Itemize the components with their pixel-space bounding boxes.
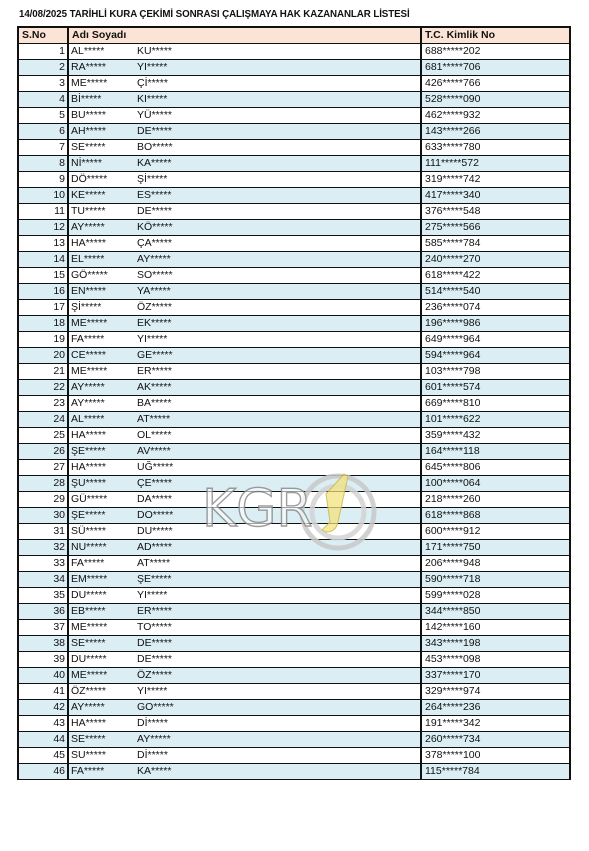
row-tc-number: 319*****742 bbox=[421, 172, 570, 188]
row-name: DU*****DE***** bbox=[68, 652, 421, 668]
table-row: 16EN*****YA*****514*****540 bbox=[18, 284, 570, 300]
row-number: 7 bbox=[18, 140, 68, 156]
row-number: 20 bbox=[18, 348, 68, 364]
row-name: EM*****ŞE***** bbox=[68, 572, 421, 588]
last-name: YA***** bbox=[137, 285, 171, 297]
row-tc-number: 240*****270 bbox=[421, 252, 570, 268]
row-name: RA*****YI***** bbox=[68, 60, 421, 76]
last-name: GO***** bbox=[137, 701, 174, 713]
table-row: 26ŞE*****AV*****164*****118 bbox=[18, 444, 570, 460]
row-tc-number: 103*****798 bbox=[421, 364, 570, 380]
row-tc-number: 528*****090 bbox=[421, 92, 570, 108]
first-name: BU***** bbox=[71, 108, 137, 123]
last-name: ŞE***** bbox=[137, 573, 171, 585]
row-tc-number: 585*****784 bbox=[421, 236, 570, 252]
row-name: BU*****YÜ***** bbox=[68, 108, 421, 124]
row-tc-number: 594*****964 bbox=[421, 348, 570, 364]
table-row: 3ME*****Çİ*****426*****766 bbox=[18, 76, 570, 92]
first-name: ME***** bbox=[71, 76, 137, 91]
last-name: YÜ***** bbox=[137, 109, 172, 121]
table-row: 4Bİ*****KI*****528*****090 bbox=[18, 92, 570, 108]
row-tc-number: 599*****028 bbox=[421, 588, 570, 604]
row-tc-number: 236*****074 bbox=[421, 300, 570, 316]
table-row: 12AY*****KÖ*****275*****566 bbox=[18, 220, 570, 236]
table-row: 45SU*****Dİ*****378*****100 bbox=[18, 748, 570, 764]
row-name: FA*****KA***** bbox=[68, 764, 421, 780]
row-number: 14 bbox=[18, 252, 68, 268]
table-row: 36EB*****ER*****344*****850 bbox=[18, 604, 570, 620]
table-row: 41ÖZ*****YI*****329*****974 bbox=[18, 684, 570, 700]
last-name: DE***** bbox=[137, 205, 172, 217]
row-number: 25 bbox=[18, 428, 68, 444]
row-number: 41 bbox=[18, 684, 68, 700]
last-name: ÖZ***** bbox=[137, 301, 172, 313]
row-name: DÖ*****Şİ***** bbox=[68, 172, 421, 188]
row-tc-number: 206*****948 bbox=[421, 556, 570, 572]
row-tc-number: 359*****432 bbox=[421, 428, 570, 444]
row-tc-number: 600*****912 bbox=[421, 524, 570, 540]
first-name: AY***** bbox=[71, 700, 137, 715]
table-row: 24AL*****AT*****101*****622 bbox=[18, 412, 570, 428]
row-name: Bİ*****KI***** bbox=[68, 92, 421, 108]
row-tc-number: 100*****064 bbox=[421, 476, 570, 492]
row-name: Nİ*****KA***** bbox=[68, 156, 421, 172]
row-tc-number: 688*****202 bbox=[421, 44, 570, 60]
row-name: ŞE*****AV***** bbox=[68, 444, 421, 460]
last-name: DU***** bbox=[137, 525, 173, 537]
first-name: DU***** bbox=[71, 588, 137, 603]
last-name: DE***** bbox=[137, 637, 172, 649]
first-name: SE***** bbox=[71, 140, 137, 155]
row-number: 46 bbox=[18, 764, 68, 780]
row-number: 2 bbox=[18, 60, 68, 76]
table-row: 20CE*****GE*****594*****964 bbox=[18, 348, 570, 364]
last-name: YI***** bbox=[137, 589, 167, 601]
last-name: YI***** bbox=[137, 61, 167, 73]
first-name: DÖ***** bbox=[71, 172, 137, 187]
first-name: AL***** bbox=[71, 44, 137, 59]
row-name: AY*****BA***** bbox=[68, 396, 421, 412]
table-row: 15GÖ*****SO*****618*****422 bbox=[18, 268, 570, 284]
row-tc-number: 514*****540 bbox=[421, 284, 570, 300]
row-name: AL*****AT***** bbox=[68, 412, 421, 428]
row-number: 30 bbox=[18, 508, 68, 524]
first-name: HA***** bbox=[71, 428, 137, 443]
table-row: 14EL*****AY*****240*****270 bbox=[18, 252, 570, 268]
last-name: KI***** bbox=[137, 93, 167, 105]
table-row: 6AH*****DE*****143*****266 bbox=[18, 124, 570, 140]
last-name: GE***** bbox=[137, 349, 173, 361]
row-number: 38 bbox=[18, 636, 68, 652]
first-name: ÖZ***** bbox=[71, 684, 137, 699]
row-tc-number: 142*****160 bbox=[421, 620, 570, 636]
table-row: 22AY*****AK*****601*****574 bbox=[18, 380, 570, 396]
last-name: DO***** bbox=[137, 509, 173, 521]
last-name: YI***** bbox=[137, 685, 167, 697]
row-number: 32 bbox=[18, 540, 68, 556]
table-row: 33FA*****AT*****206*****948 bbox=[18, 556, 570, 572]
row-tc-number: 344*****850 bbox=[421, 604, 570, 620]
first-name: HA***** bbox=[71, 460, 137, 475]
row-number: 43 bbox=[18, 716, 68, 732]
first-name: ŞU***** bbox=[71, 476, 137, 491]
row-tc-number: 343*****198 bbox=[421, 636, 570, 652]
table-row: 34EM*****ŞE*****590*****718 bbox=[18, 572, 570, 588]
last-name: AT***** bbox=[137, 557, 170, 569]
first-name: FA***** bbox=[71, 556, 137, 571]
last-name: OL***** bbox=[137, 429, 171, 441]
first-name: ME***** bbox=[71, 668, 137, 683]
first-name: EN***** bbox=[71, 284, 137, 299]
row-name: ME*****ER***** bbox=[68, 364, 421, 380]
table-row: 21ME*****ER*****103*****798 bbox=[18, 364, 570, 380]
table-row: 37ME*****TO*****142*****160 bbox=[18, 620, 570, 636]
last-name: ÖZ***** bbox=[137, 669, 172, 681]
table-row: 13HA*****ÇA*****585*****784 bbox=[18, 236, 570, 252]
table-row: 8Nİ*****KA*****111*****572 bbox=[18, 156, 570, 172]
table-row: 1AL*****KU*****688*****202 bbox=[18, 44, 570, 60]
row-name: SE*****DE***** bbox=[68, 636, 421, 652]
row-name: AY*****KÖ***** bbox=[68, 220, 421, 236]
row-name: TU*****DE***** bbox=[68, 204, 421, 220]
row-name: SE*****BO***** bbox=[68, 140, 421, 156]
table-row: 7SE*****BO*****633*****780 bbox=[18, 140, 570, 156]
last-name: EK***** bbox=[137, 317, 171, 329]
row-number: 3 bbox=[18, 76, 68, 92]
row-tc-number: 329*****974 bbox=[421, 684, 570, 700]
row-name: ŞU*****ÇE***** bbox=[68, 476, 421, 492]
row-number: 26 bbox=[18, 444, 68, 460]
first-name: ŞE***** bbox=[71, 508, 137, 523]
last-name: KÖ***** bbox=[137, 221, 173, 233]
row-tc-number: 590*****718 bbox=[421, 572, 570, 588]
last-name: DE***** bbox=[137, 653, 172, 665]
row-number: 16 bbox=[18, 284, 68, 300]
row-tc-number: 645*****806 bbox=[421, 460, 570, 476]
first-name: HA***** bbox=[71, 716, 137, 731]
first-name: AL***** bbox=[71, 412, 137, 427]
row-number: 44 bbox=[18, 732, 68, 748]
first-name: AH***** bbox=[71, 124, 137, 139]
last-name: TO***** bbox=[137, 621, 172, 633]
table-row: 30ŞE*****DO*****618*****868 bbox=[18, 508, 570, 524]
row-tc-number: 164*****118 bbox=[421, 444, 570, 460]
row-tc-number: 618*****422 bbox=[421, 268, 570, 284]
row-number: 21 bbox=[18, 364, 68, 380]
row-name: GÖ*****SO***** bbox=[68, 268, 421, 284]
table-row: 9DÖ*****Şİ*****319*****742 bbox=[18, 172, 570, 188]
table-header-row: S.No Adı Soyadı T.C. Kimlik No bbox=[18, 27, 570, 44]
first-name: ŞE***** bbox=[71, 444, 137, 459]
row-name: FA*****AT***** bbox=[68, 556, 421, 572]
table-row: 5BU*****YÜ*****462*****932 bbox=[18, 108, 570, 124]
first-name: HA***** bbox=[71, 236, 137, 251]
row-tc-number: 601*****574 bbox=[421, 380, 570, 396]
last-name: AK***** bbox=[137, 381, 171, 393]
row-tc-number: 218*****260 bbox=[421, 492, 570, 508]
last-name: BA***** bbox=[137, 397, 171, 409]
row-name: KE*****ES***** bbox=[68, 188, 421, 204]
row-tc-number: 260*****734 bbox=[421, 732, 570, 748]
last-name: BO***** bbox=[137, 141, 173, 153]
row-name: ME*****EK***** bbox=[68, 316, 421, 332]
row-name: ME*****ÖZ***** bbox=[68, 668, 421, 684]
row-number: 37 bbox=[18, 620, 68, 636]
row-number: 10 bbox=[18, 188, 68, 204]
row-name: AY*****AK***** bbox=[68, 380, 421, 396]
row-number: 5 bbox=[18, 108, 68, 124]
row-number: 40 bbox=[18, 668, 68, 684]
row-name: ŞE*****DO***** bbox=[68, 508, 421, 524]
row-name: CE*****GE***** bbox=[68, 348, 421, 364]
table-row: 43HA*****Dİ*****191*****342 bbox=[18, 716, 570, 732]
last-name: SO***** bbox=[137, 269, 173, 281]
row-name: AL*****KU***** bbox=[68, 44, 421, 60]
row-tc-number: 426*****766 bbox=[421, 76, 570, 92]
row-number: 9 bbox=[18, 172, 68, 188]
last-name: AV***** bbox=[137, 445, 171, 457]
table-row: 46FA*****KA*****115*****784 bbox=[18, 764, 570, 780]
first-name: Şİ***** bbox=[71, 300, 137, 315]
row-tc-number: 669*****810 bbox=[421, 396, 570, 412]
last-name: DA***** bbox=[137, 493, 172, 505]
row-name: SÜ*****DU***** bbox=[68, 524, 421, 540]
first-name: TU***** bbox=[71, 204, 137, 219]
row-name: Şİ*****ÖZ***** bbox=[68, 300, 421, 316]
row-tc-number: 618*****868 bbox=[421, 508, 570, 524]
row-tc-number: 275*****566 bbox=[421, 220, 570, 236]
table-body: 1AL*****KU*****688*****2022RA*****YI****… bbox=[18, 44, 570, 780]
last-name: YI***** bbox=[137, 333, 167, 345]
column-header-name: Adı Soyadı bbox=[68, 27, 421, 44]
row-number: 19 bbox=[18, 332, 68, 348]
first-name: ME***** bbox=[71, 364, 137, 379]
last-name: Şİ***** bbox=[137, 173, 167, 185]
table-row: 27HA*****UĞ*****645*****806 bbox=[18, 460, 570, 476]
first-name: ME***** bbox=[71, 620, 137, 635]
row-name: AH*****DE***** bbox=[68, 124, 421, 140]
first-name: SÜ***** bbox=[71, 524, 137, 539]
last-name: AT***** bbox=[137, 413, 170, 425]
row-tc-number: 649*****964 bbox=[421, 332, 570, 348]
table-row: 39DU*****DE*****453*****098 bbox=[18, 652, 570, 668]
table-row: 17Şİ*****ÖZ*****236*****074 bbox=[18, 300, 570, 316]
row-number: 6 bbox=[18, 124, 68, 140]
table-row: 38SE*****DE*****343*****198 bbox=[18, 636, 570, 652]
row-number: 4 bbox=[18, 92, 68, 108]
last-name: ÇA***** bbox=[137, 237, 172, 249]
first-name: EL***** bbox=[71, 252, 137, 267]
row-number: 18 bbox=[18, 316, 68, 332]
first-name: EM***** bbox=[71, 572, 137, 587]
row-tc-number: 264*****236 bbox=[421, 700, 570, 716]
row-number: 8 bbox=[18, 156, 68, 172]
first-name: Nİ***** bbox=[71, 156, 137, 171]
column-header-tc: T.C. Kimlik No bbox=[421, 27, 570, 44]
table-row: 19FA*****YI*****649*****964 bbox=[18, 332, 570, 348]
last-name: Dİ***** bbox=[137, 749, 168, 761]
row-number: 35 bbox=[18, 588, 68, 604]
table-row: 35DU*****YI*****599*****028 bbox=[18, 588, 570, 604]
row-tc-number: 196*****986 bbox=[421, 316, 570, 332]
first-name: Bİ***** bbox=[71, 92, 137, 107]
last-name: ES***** bbox=[137, 189, 171, 201]
last-name: ÇE***** bbox=[137, 477, 172, 489]
row-tc-number: 378*****100 bbox=[421, 748, 570, 764]
first-name: FA***** bbox=[71, 332, 137, 347]
row-number: 31 bbox=[18, 524, 68, 540]
first-name: DU***** bbox=[71, 652, 137, 667]
first-name: GÜ***** bbox=[71, 492, 137, 507]
row-tc-number: 633*****780 bbox=[421, 140, 570, 156]
row-tc-number: 462*****932 bbox=[421, 108, 570, 124]
last-name: AY***** bbox=[137, 733, 171, 745]
row-number: 15 bbox=[18, 268, 68, 284]
last-name: UĞ***** bbox=[137, 461, 173, 473]
last-name: ER***** bbox=[137, 365, 172, 377]
row-number: 12 bbox=[18, 220, 68, 236]
row-number: 27 bbox=[18, 460, 68, 476]
column-header-no: S.No bbox=[18, 27, 68, 44]
row-number: 23 bbox=[18, 396, 68, 412]
row-tc-number: 191*****342 bbox=[421, 716, 570, 732]
row-number: 1 bbox=[18, 44, 68, 60]
row-number: 13 bbox=[18, 236, 68, 252]
table-row: 32NU*****AD*****171*****750 bbox=[18, 540, 570, 556]
row-name: FA*****YI***** bbox=[68, 332, 421, 348]
last-name: KA***** bbox=[137, 157, 171, 169]
first-name: ME***** bbox=[71, 316, 137, 331]
row-tc-number: 417*****340 bbox=[421, 188, 570, 204]
last-name: DE***** bbox=[137, 125, 172, 137]
row-number: 11 bbox=[18, 204, 68, 220]
row-name: GÜ*****DA***** bbox=[68, 492, 421, 508]
row-number: 45 bbox=[18, 748, 68, 764]
first-name: SE***** bbox=[71, 636, 137, 651]
first-name: KE***** bbox=[71, 188, 137, 203]
row-number: 17 bbox=[18, 300, 68, 316]
table-row: 31SÜ*****DU*****600*****912 bbox=[18, 524, 570, 540]
first-name: EB***** bbox=[71, 604, 137, 619]
row-tc-number: 681*****706 bbox=[421, 60, 570, 76]
last-name: AY***** bbox=[137, 253, 171, 265]
row-number: 42 bbox=[18, 700, 68, 716]
row-name: EB*****ER***** bbox=[68, 604, 421, 620]
last-name: KA***** bbox=[137, 765, 171, 777]
row-name: ÖZ*****YI***** bbox=[68, 684, 421, 700]
row-name: EN*****YA***** bbox=[68, 284, 421, 300]
first-name: AY***** bbox=[71, 220, 137, 235]
table-row: 44SE*****AY*****260*****734 bbox=[18, 732, 570, 748]
document-title: 14/08/2025 TARİHLİ KURA ÇEKİMİ SONRASI Ç… bbox=[19, 8, 410, 20]
winners-table: S.No Adı Soyadı T.C. Kimlik No 1AL*****K… bbox=[17, 26, 571, 780]
row-number: 24 bbox=[18, 412, 68, 428]
row-tc-number: 453*****098 bbox=[421, 652, 570, 668]
first-name: NU***** bbox=[71, 540, 137, 555]
table-row: 28ŞU*****ÇE*****100*****064 bbox=[18, 476, 570, 492]
row-name: ME*****Çİ***** bbox=[68, 76, 421, 92]
row-tc-number: 337*****170 bbox=[421, 668, 570, 684]
table-row: 25HA*****OL*****359*****432 bbox=[18, 428, 570, 444]
last-name: KU***** bbox=[137, 45, 172, 57]
table-row: 40ME*****ÖZ*****337*****170 bbox=[18, 668, 570, 684]
first-name: RA***** bbox=[71, 60, 137, 75]
row-name: HA*****OL***** bbox=[68, 428, 421, 444]
table-row: 2RA*****YI*****681*****706 bbox=[18, 60, 570, 76]
first-name: SE***** bbox=[71, 732, 137, 747]
first-name: SU***** bbox=[71, 748, 137, 763]
row-number: 29 bbox=[18, 492, 68, 508]
row-name: SU*****Dİ***** bbox=[68, 748, 421, 764]
table-row: 11TU*****DE*****376*****548 bbox=[18, 204, 570, 220]
row-name: ME*****TO***** bbox=[68, 620, 421, 636]
row-name: HA*****UĞ***** bbox=[68, 460, 421, 476]
row-name: DU*****YI***** bbox=[68, 588, 421, 604]
row-number: 33 bbox=[18, 556, 68, 572]
table-row: 10KE*****ES*****417*****340 bbox=[18, 188, 570, 204]
row-tc-number: 115*****784 bbox=[421, 764, 570, 780]
row-number: 22 bbox=[18, 380, 68, 396]
table-row: 18ME*****EK*****196*****986 bbox=[18, 316, 570, 332]
first-name: AY***** bbox=[71, 380, 137, 395]
last-name: Çİ***** bbox=[137, 77, 168, 89]
first-name: GÖ***** bbox=[71, 268, 137, 283]
row-number: 36 bbox=[18, 604, 68, 620]
first-name: AY***** bbox=[71, 396, 137, 411]
first-name: FA***** bbox=[71, 764, 137, 779]
first-name: CE***** bbox=[71, 348, 137, 363]
row-number: 28 bbox=[18, 476, 68, 492]
row-tc-number: 376*****548 bbox=[421, 204, 570, 220]
row-tc-number: 111*****572 bbox=[421, 156, 570, 172]
row-number: 34 bbox=[18, 572, 68, 588]
row-tc-number: 101*****622 bbox=[421, 412, 570, 428]
row-tc-number: 171*****750 bbox=[421, 540, 570, 556]
row-name: HA*****Dİ***** bbox=[68, 716, 421, 732]
row-name: NU*****AD***** bbox=[68, 540, 421, 556]
last-name: Dİ***** bbox=[137, 717, 168, 729]
table-row: 42AY*****GO*****264*****236 bbox=[18, 700, 570, 716]
row-tc-number: 143*****266 bbox=[421, 124, 570, 140]
row-name: SE*****AY***** bbox=[68, 732, 421, 748]
row-name: HA*****ÇA***** bbox=[68, 236, 421, 252]
row-name: EL*****AY***** bbox=[68, 252, 421, 268]
row-name: AY*****GO***** bbox=[68, 700, 421, 716]
row-number: 39 bbox=[18, 652, 68, 668]
table-row: 29GÜ*****DA*****218*****260 bbox=[18, 492, 570, 508]
last-name: ER***** bbox=[137, 605, 172, 617]
table-row: 23AY*****BA*****669*****810 bbox=[18, 396, 570, 412]
last-name: AD***** bbox=[137, 541, 172, 553]
